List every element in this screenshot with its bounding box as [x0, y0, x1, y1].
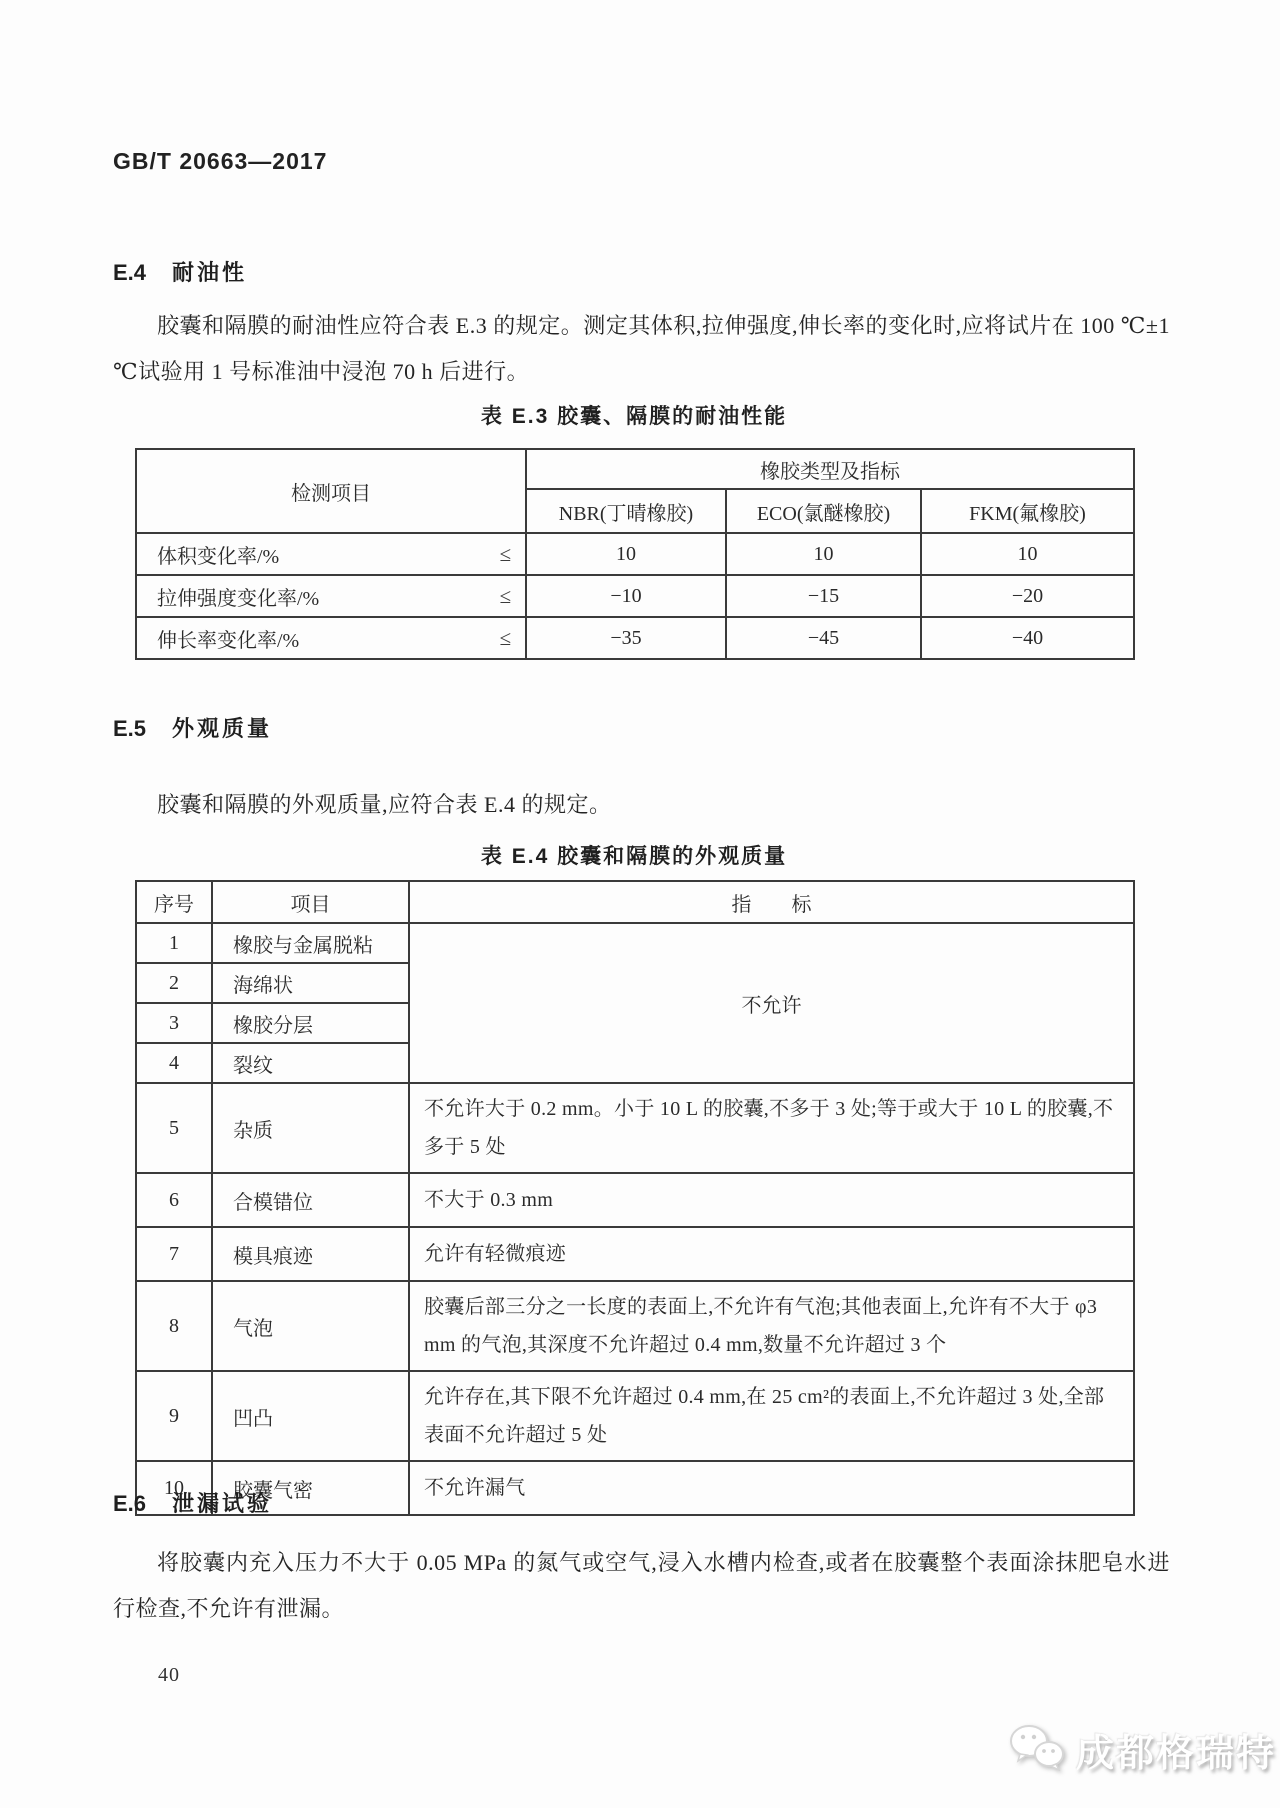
table-e3-row2-item: 拉伸强度变化率/% ≤ [136, 575, 526, 617]
cell-indicator: 允许存在,其下限不允许超过 0.4 mm,在 25 cm²的表面上,不允许超过 … [409, 1371, 1134, 1461]
table-row: 7 模具痕迹 允许有轻微痕迹 [136, 1227, 1134, 1281]
section-e6-number: E.6 [113, 1491, 146, 1516]
cell-value: 10 [526, 533, 726, 575]
cell-item: 海绵状 [212, 963, 409, 1003]
less-equal-symbol: ≤ [499, 584, 511, 609]
cell-value: −10 [526, 575, 726, 617]
wechat-bubbles-icon [1008, 1723, 1066, 1776]
section-e4-title: 耐油性 [172, 260, 247, 285]
table-e4-col-item: 项目 [212, 881, 409, 923]
item-label: 拉伸强度变化率/% [157, 582, 319, 611]
cell-no: 3 [136, 1003, 212, 1043]
table-e3: 检测项目 橡胶类型及指标 NBR(丁晴橡胶) ECO(氯醚橡胶) FKM(氟橡胶… [135, 448, 1135, 660]
section-e5-title: 外观质量 [172, 716, 272, 741]
table-row: 9 凹凸 允许存在,其下限不允许超过 0.4 mm,在 25 cm²的表面上,不… [136, 1371, 1134, 1461]
table-row: 8 气泡 胶囊后部三分之一长度的表面上,不允许有气泡;其他表面上,允许有不大于 … [136, 1281, 1134, 1371]
table-e3-item-header: 检测项目 [136, 449, 526, 533]
cell-value: −20 [921, 575, 1134, 617]
section-e4-paragraph: 胶囊和隔膜的耐油性应符合表 E.3 的规定。测定其体积,拉伸强度,伸长率的变化时… [113, 303, 1170, 395]
cell-item: 凹凸 [212, 1371, 409, 1461]
section-e5-number: E.5 [113, 716, 146, 741]
table-row: 体积变化率/% ≤ 10 10 10 [136, 533, 1134, 575]
table-row: 6 合模错位 不大于 0.3 mm [136, 1173, 1134, 1227]
item-label: 体积变化率/% [157, 540, 279, 569]
table-e4-header-row: 序号 项目 指 标 [136, 881, 1134, 923]
cell-item: 橡胶分层 [212, 1003, 409, 1043]
cell-indicator: 胶囊后部三分之一长度的表面上,不允许有气泡;其他表面上,允许有不大于 φ3 mm… [409, 1281, 1134, 1371]
table-row: 1 橡胶与金属脱粘 不允许 [136, 923, 1134, 963]
cell-item: 气泡 [212, 1281, 409, 1371]
less-equal-symbol: ≤ [499, 626, 511, 651]
section-e5-paragraph: 胶囊和隔膜的外观质量,应符合表 E.4 的规定。 [113, 782, 1170, 828]
cell-item: 模具痕迹 [212, 1227, 409, 1281]
section-e4-number: E.4 [113, 260, 146, 285]
cell-no: 4 [136, 1043, 212, 1083]
standard-number: GB/T 20663—2017 [113, 148, 327, 175]
table-e3-col-nbr: NBR(丁晴橡胶) [526, 489, 726, 533]
cell-no: 1 [136, 923, 212, 963]
table-e3-row3-item: 伸长率变化率/% ≤ [136, 617, 526, 659]
table-e3-row1-item: 体积变化率/% ≤ [136, 533, 526, 575]
section-e6-heading: E.6泄漏试验 [113, 1487, 272, 1518]
table-row: 拉伸强度变化率/% ≤ −10 −15 −20 [136, 575, 1134, 617]
section-e6-title: 泄漏试验 [172, 1491, 272, 1516]
cell-value: −45 [726, 617, 921, 659]
merged-indicator-cell: 不允许 [409, 923, 1134, 1083]
cell-no: 2 [136, 963, 212, 1003]
cell-indicator: 不大于 0.3 mm [409, 1173, 1134, 1227]
cell-value: 10 [921, 533, 1134, 575]
cell-no: 6 [136, 1173, 212, 1227]
cell-value: 10 [726, 533, 921, 575]
page-number: 40 [158, 1664, 180, 1687]
watermark-text: 成都格瑞特 [1076, 1722, 1276, 1777]
cell-no: 7 [136, 1227, 212, 1281]
cell-value: −35 [526, 617, 726, 659]
cell-no: 5 [136, 1083, 212, 1173]
section-e4-heading: E.4耐油性 [113, 256, 247, 287]
less-equal-symbol: ≤ [499, 542, 511, 567]
table-e3-caption: 表 E.3 胶囊、隔膜的耐油性能 [135, 400, 1133, 430]
table-row: 10 胶囊气密 不允许漏气 [136, 1461, 1134, 1515]
section-e6-paragraph: 将胶囊内充入压力不大于 0.05 MPa 的氮气或空气,浸入水槽内检查,或者在胶… [113, 1540, 1170, 1632]
table-row: 5 杂质 不允许大于 0.2 mm。小于 10 L 的胶囊,不多于 3 处;等于… [136, 1083, 1134, 1173]
table-row: 伸长率变化率/% ≤ −35 −45 −40 [136, 617, 1134, 659]
table-e4-col-indicator: 指 标 [409, 881, 1134, 923]
table-e4-caption: 表 E.4 胶囊和隔膜的外观质量 [135, 840, 1133, 870]
table-e3-col-fkm: FKM(氟橡胶) [921, 489, 1134, 533]
cell-item: 裂纹 [212, 1043, 409, 1083]
cell-indicator: 允许有轻微痕迹 [409, 1227, 1134, 1281]
cell-no: 9 [136, 1371, 212, 1461]
cell-indicator: 不允许大于 0.2 mm。小于 10 L 的胶囊,不多于 3 处;等于或大于 1… [409, 1083, 1134, 1173]
cell-item: 合模错位 [212, 1173, 409, 1227]
publisher-watermark: 成都格瑞特 [1008, 1722, 1276, 1777]
table-e4: 序号 项目 指 标 1 橡胶与金属脱粘 不允许 2 海绵状 3 橡胶分层 4 裂… [135, 880, 1135, 1516]
table-e4-col-no: 序号 [136, 881, 212, 923]
table-e3-group-header: 橡胶类型及指标 [526, 449, 1134, 489]
section-e5-heading: E.5外观质量 [113, 712, 272, 743]
cell-no: 8 [136, 1281, 212, 1371]
document-page: GB/T 20663—2017 E.4耐油性 胶囊和隔膜的耐油性应符合表 E.3… [0, 0, 1280, 1808]
cell-value: −15 [726, 575, 921, 617]
cell-item: 橡胶与金属脱粘 [212, 923, 409, 963]
cell-indicator: 不允许漏气 [409, 1461, 1134, 1515]
item-label: 伸长率变化率/% [157, 624, 299, 653]
cell-item: 杂质 [212, 1083, 409, 1173]
table-e3-group-row: 检测项目 橡胶类型及指标 [136, 449, 1134, 489]
cell-value: −40 [921, 617, 1134, 659]
table-e3-col-eco: ECO(氯醚橡胶) [726, 489, 921, 533]
